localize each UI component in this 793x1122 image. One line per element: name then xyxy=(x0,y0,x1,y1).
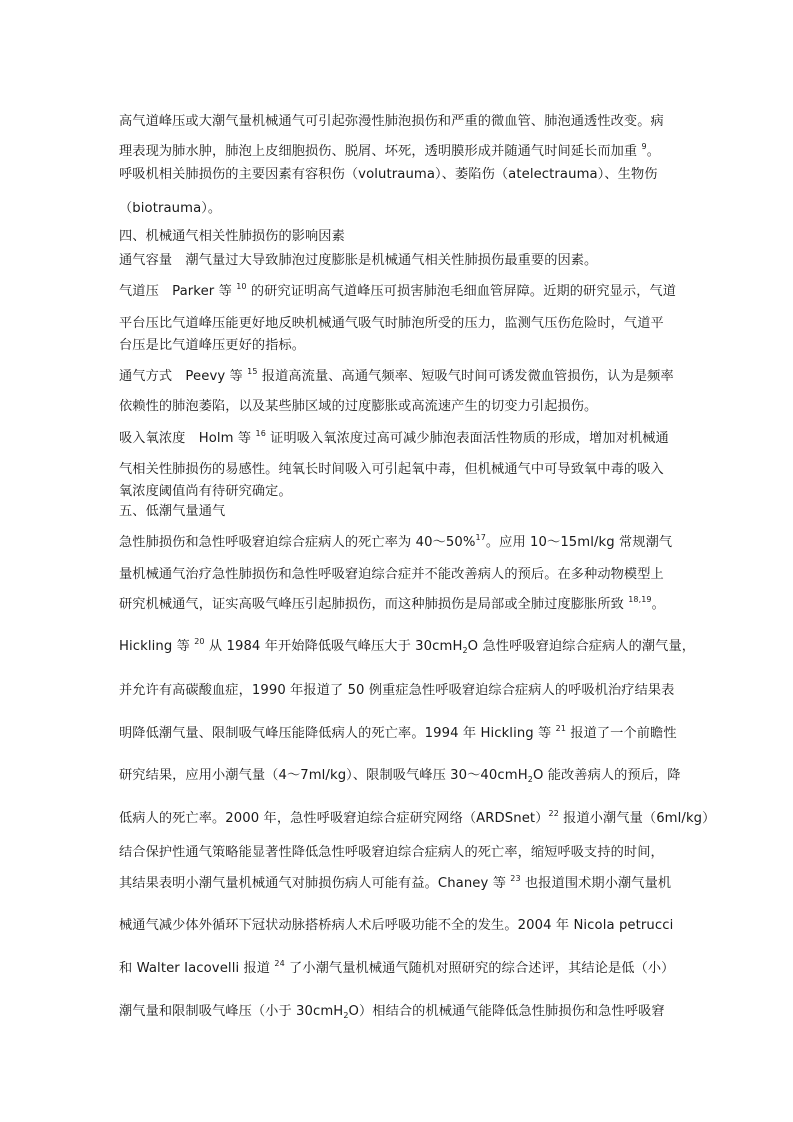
text-run: 五、低潮气量通气 xyxy=(119,504,225,519)
text-run: 高气道峰压或大潮气量机械通气可引起弥漫性肺泡损伤和严重的微血管、肺泡通透性改变。… xyxy=(119,114,664,129)
text-run: O）相结合的机械通气能降低急性肺损伤和急性呼吸窘 xyxy=(349,1004,665,1019)
text-line: 四、机械通气相关性肺损伤的影响因素 xyxy=(119,229,345,245)
text-line: 气道压 Parker 等 10 的研究证明高气道峰压可损害肺泡毛细血管屏障。近期… xyxy=(119,284,676,300)
text-line: 量机械通气治疗急性肺损伤和急性呼吸窘迫综合症并不能改善病人的预后。在多种动物模型… xyxy=(119,567,664,583)
text-line: 急性肺损伤和急性呼吸窘迫综合症病人的死亡率为 40～50%17。应用 10～15… xyxy=(119,535,672,551)
text-run: 结合保护性通气策略能显著性降低急性呼吸窘迫综合症病人的死亡率，缩短呼吸支持的时间… xyxy=(119,845,664,860)
text-run: 研究结果，应用小潮气量（4～7ml/kg）、限制吸气峰压 30～40cmH xyxy=(119,768,528,783)
text-run: 了小潮气量机械通气随机对照研究的综合述评，其结论是低（小） xyxy=(285,961,675,976)
text-line: 通气方式 Peevy 等 15 报道高流量、高通气频率、短吸气时间可诱发微血管损… xyxy=(119,369,674,385)
citation-superscript: 10 xyxy=(236,282,246,291)
text-run: 的研究证明高气道峰压可损害肺泡毛细血管屏障。近期的研究显示，气道 xyxy=(247,284,677,299)
text-run: 械通气减少体外循环下冠状动脉搭桥病人术后呼吸功能不全的发生。2004 年 Nic… xyxy=(119,918,673,933)
text-run: 研究机械通气，证实高吸气峰压引起肺损伤，而这种肺损伤是局部或全肺过度膨胀所致 xyxy=(119,597,628,612)
text-line: 低病人的死亡率。2000 年，急性呼吸窘迫综合症研究网络（ARDSnet）22 … xyxy=(119,811,715,827)
text-line: 明降低潮气量、限制吸气峰压能降低病人的死亡率。1994 年 Hickling 等… xyxy=(119,726,677,742)
text-line: （biotrauma）。 xyxy=(119,201,221,217)
citation-superscript: 16 xyxy=(256,429,266,438)
citation-superscript: 20 xyxy=(194,637,204,646)
text-run: 氧浓度阈值尚有待研究确定。 xyxy=(119,484,292,499)
citation-superscript: 18,19 xyxy=(628,595,651,604)
text-run: 从 1984 年开始降低吸气峰压大于 30cmH xyxy=(205,639,463,654)
text-run: 量机械通气治疗急性肺损伤和急性呼吸窘迫综合症并不能改善病人的预后。在多种动物模型… xyxy=(119,567,664,582)
text-run: 证明吸入氧浓度过高可减少肺泡表面活性物质的形成，增加对机械通 xyxy=(266,431,669,446)
text-line: 械通气减少体外循环下冠状动脉搭桥病人术后呼吸功能不全的发生。2004 年 Nic… xyxy=(119,918,673,934)
text-line: 气相关性肺损伤的易感性。纯氧长时间吸入可引起氧中毒，但机械通气中可导致氧中毒的吸… xyxy=(119,462,664,478)
text-line: 和 Walter Iacovelli 报道 24 了小潮气量机械通气随机对照研究… xyxy=(119,961,674,977)
citation-superscript: 24 xyxy=(274,959,284,968)
text-run: 。 xyxy=(652,597,665,612)
text-run: 并允许有高碳酸血症，1990 年报道了 50 例重症急性呼吸窘迫综合症病人的呼吸… xyxy=(119,683,674,698)
text-run: Hickling 等 xyxy=(119,639,194,654)
text-line: 平台压比气道峰压能更好地反映机械通气吸气时肺泡所受的压力，监测气压伤危险时，气道… xyxy=(119,316,664,332)
text-run: 。 xyxy=(647,144,660,159)
text-line: 其结果表明小潮气量机械通气对肺损伤病人可能有益。Chaney 等 23 也报道围… xyxy=(119,876,671,892)
citation-superscript: 22 xyxy=(549,809,559,818)
text-line: 台压是比气道峰压更好的指标。 xyxy=(119,338,305,354)
text-line: 研究结果，应用小潮气量（4～7ml/kg）、限制吸气峰压 30～40cmH2O … xyxy=(119,768,681,784)
text-run: 吸入氧浓度 Holm 等 xyxy=(119,431,256,446)
text-run: 。应用 10～15ml/kg 常规潮气 xyxy=(486,535,672,550)
text-run: 和 Walter Iacovelli 报道 xyxy=(119,961,274,976)
text-run: 依赖性的肺泡萎陷，以及某些肺区域的过度膨胀或高流速产生的切变力引起损伤。 xyxy=(119,399,597,414)
text-run: 台压是比气道峰压更好的指标。 xyxy=(119,338,305,353)
text-run: 通气容量 潮气量过大导致肺泡过度膨胀是机械通气相关性肺损伤最重要的因素。 xyxy=(119,253,597,268)
citation-superscript: 23 xyxy=(510,874,520,883)
text-run: （biotrauma）。 xyxy=(119,201,221,216)
text-line: 高气道峰压或大潮气量机械通气可引起弥漫性肺泡损伤和严重的微血管、肺泡通透性改变。… xyxy=(119,114,664,130)
text-run: 潮气量和限制吸气峰压（小于 30cmH xyxy=(119,1004,343,1019)
text-run: 气道压 Parker 等 xyxy=(119,284,236,299)
text-run: 通气方式 Peevy 等 xyxy=(119,369,247,384)
text-run: 报道小潮气量（6ml/kg） xyxy=(559,811,716,826)
text-line: 理表现为肺水肿，肺泡上皮细胞损伤、脱屑、坏死，透明膜形成并随通气时间延长而加重 … xyxy=(119,144,660,160)
citation-superscript: 21 xyxy=(556,724,566,733)
text-run: O 能改善病人的预后，降 xyxy=(533,768,681,783)
text-run: 急性肺损伤和急性呼吸窘迫综合症病人的死亡率为 40～50% xyxy=(119,535,476,550)
text-run: 气相关性肺损伤的易感性。纯氧长时间吸入可引起氧中毒，但机械通气中可导致氧中毒的吸… xyxy=(119,462,664,477)
text-line: Hickling 等 20 从 1984 年开始降低吸气峰压大于 30cmH2O… xyxy=(119,639,695,655)
text-run: 也报道围术期小潮气量机 xyxy=(521,876,671,891)
text-line: 吸入氧浓度 Holm 等 16 证明吸入氧浓度过高可减少肺泡表面活性物质的形成，… xyxy=(119,431,669,447)
citation-superscript: 15 xyxy=(247,367,257,376)
citation-superscript: 17 xyxy=(476,533,486,542)
text-run: 理表现为肺水肿，肺泡上皮细胞损伤、脱屑、坏死，透明膜形成并随通气时间延长而加重 xyxy=(119,144,642,159)
text-run: 报道高流量、高通气频率、短吸气时间可诱发微血管损伤，认为是频率 xyxy=(258,369,674,384)
text-line: 研究机械通气，证实高吸气峰压引起肺损伤，而这种肺损伤是局部或全肺过度膨胀所致 1… xyxy=(119,597,665,613)
text-line: 五、低潮气量通气 xyxy=(119,504,225,520)
text-line: 氧浓度阈值尚有待研究确定。 xyxy=(119,484,292,500)
text-line: 依赖性的肺泡萎陷，以及某些肺区域的过度膨胀或高流速产生的切变力引起损伤。 xyxy=(119,399,597,415)
text-line: 呼吸机相关肺损伤的主要因素有容积伤（volutrauma）、萎陷伤（atelec… xyxy=(119,167,658,183)
text-run: 四、机械通气相关性肺损伤的影响因素 xyxy=(119,229,345,244)
text-run: 报道了一个前瞻性 xyxy=(566,726,677,741)
text-run: 低病人的死亡率。2000 年，急性呼吸窘迫综合症研究网络（ARDSnet） xyxy=(119,811,549,826)
text-run: 平台压比气道峰压能更好地反映机械通气吸气时肺泡所受的压力，监测气压伤危险时，气道… xyxy=(119,316,664,331)
text-line: 并允许有高碳酸血症，1990 年报道了 50 例重症急性呼吸窘迫综合症病人的呼吸… xyxy=(119,683,674,699)
text-run: 明降低潮气量、限制吸气峰压能降低病人的死亡率。1994 年 Hickling 等 xyxy=(119,726,556,741)
text-line: 结合保护性通气策略能显著性降低急性呼吸窘迫综合症病人的死亡率，缩短呼吸支持的时间… xyxy=(119,845,664,861)
text-line: 潮气量和限制吸气峰压（小于 30cmH2O）相结合的机械通气能降低急性肺损伤和急… xyxy=(119,1004,665,1020)
text-run: O 急性呼吸窘迫综合症病人的潮气量， xyxy=(468,639,695,654)
text-run: 其结果表明小潮气量机械通气对肺损伤病人可能有益。Chaney 等 xyxy=(119,876,510,891)
text-run: 呼吸机相关肺损伤的主要因素有容积伤（volutrauma）、萎陷伤（atelec… xyxy=(119,167,658,182)
document-page: 高气道峰压或大潮气量机械通气可引起弥漫性肺泡损伤和严重的微血管、肺泡通透性改变。… xyxy=(0,0,793,1122)
text-line: 通气容量 潮气量过大导致肺泡过度膨胀是机械通气相关性肺损伤最重要的因素。 xyxy=(119,253,597,269)
